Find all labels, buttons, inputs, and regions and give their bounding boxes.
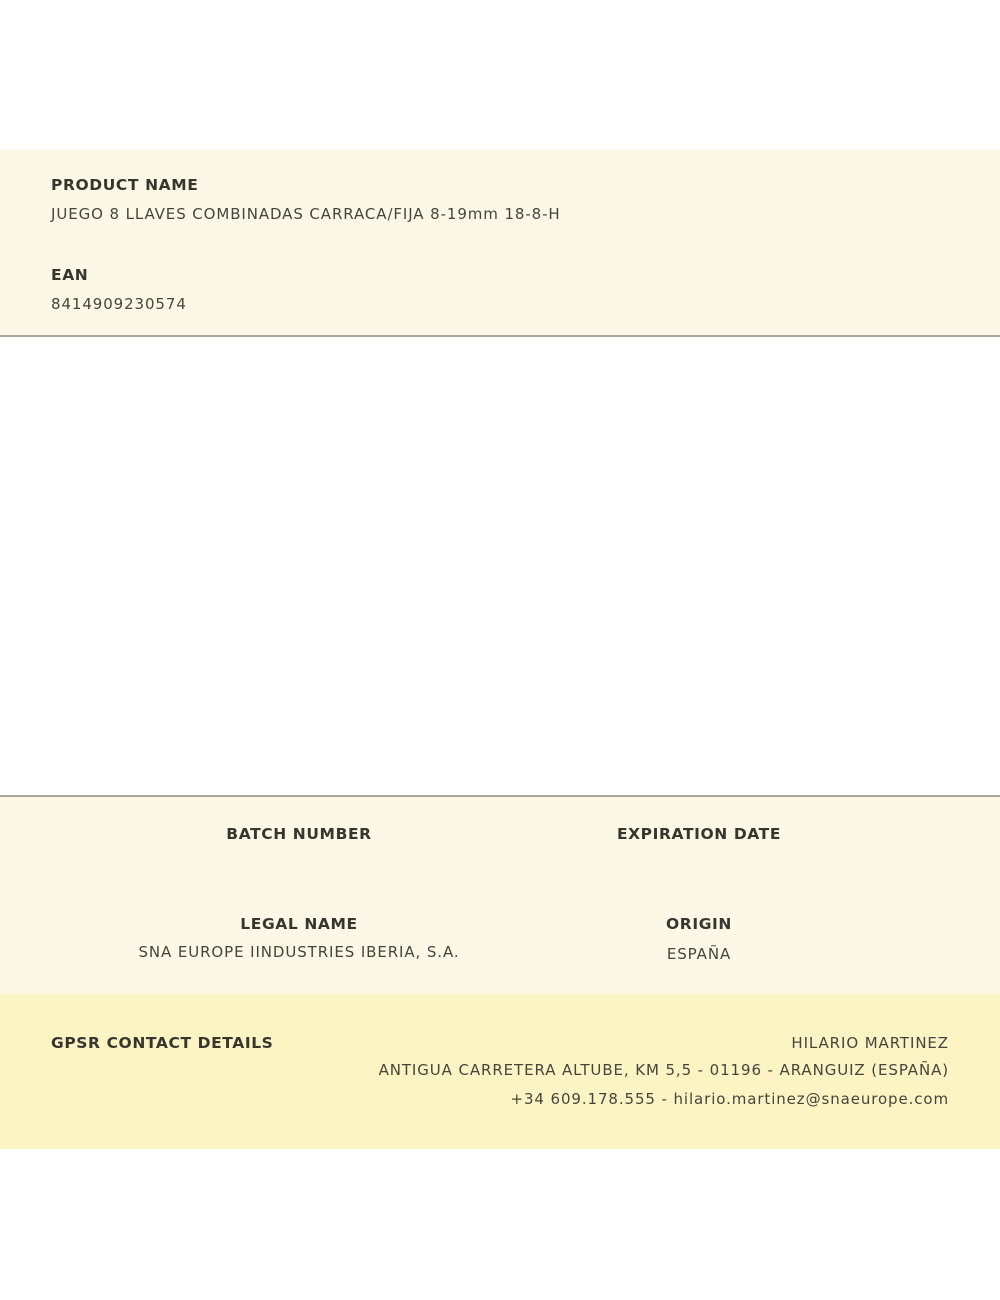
ean-value: 8414909230574: [51, 295, 187, 313]
product-name-label: PRODUCT NAME: [51, 176, 198, 194]
batch-number-label: BATCH NUMBER: [226, 825, 371, 843]
contact-name: HILARIO MARTINEZ: [791, 1034, 949, 1052]
gpsr-contact-label: GPSR CONTACT DETAILS: [51, 1034, 273, 1052]
legal-name-label: LEGAL NAME: [240, 915, 357, 933]
product-info-section: PRODUCT NAME JUEGO 8 LLAVES COMBINADAS C…: [0, 150, 1000, 337]
origin-label: ORIGIN: [666, 915, 732, 933]
legal-name-value: SNA EUROPE IINDUSTRIES IBERIA, S.A.: [138, 943, 459, 961]
ean-label: EAN: [51, 266, 88, 284]
batch-details-section: BATCH NUMBER EXPIRATION DATE LEGAL NAME …: [0, 795, 1000, 996]
origin-value: ESPAÑA: [667, 945, 731, 963]
contact-phone-email: +34 609.178.555 - hilario.martinez@snaeu…: [511, 1090, 950, 1108]
gpsr-contact-section: GPSR CONTACT DETAILS HILARIO MARTINEZ AN…: [0, 994, 1000, 1149]
product-name-value: JUEGO 8 LLAVES COMBINADAS CARRACA/FIJA 8…: [51, 205, 561, 223]
contact-address: ANTIGUA CARRETERA ALTUBE, KM 5,5 - 01196…: [379, 1061, 949, 1079]
expiration-date-label: EXPIRATION DATE: [617, 825, 781, 843]
